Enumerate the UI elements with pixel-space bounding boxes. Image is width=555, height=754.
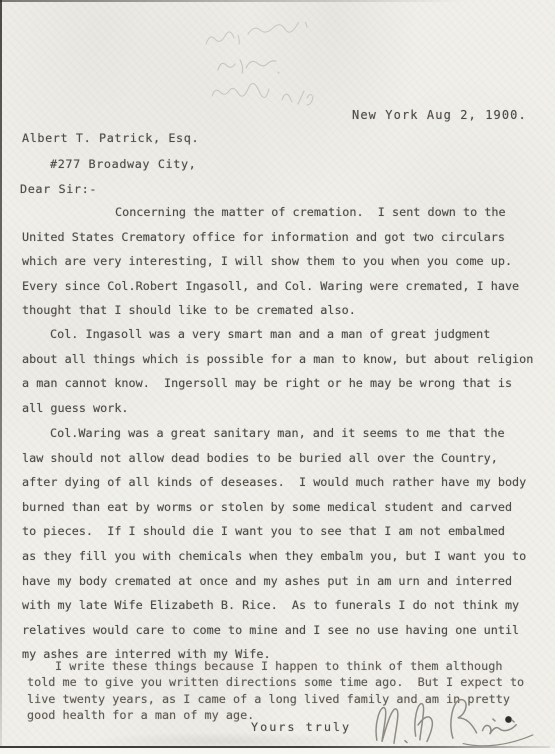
letter-text-line: law should not allow dead bodies to be b…	[22, 446, 526, 471]
letter-text-line: Every since Col.Robert Ingasoll, and Col…	[22, 274, 519, 299]
letter-text-line: with my late Wife Elizabeth B. Rice. As …	[22, 593, 526, 618]
letter-text-line: United States Crematory office for infor…	[22, 225, 519, 250]
letter-text-line: as they fill you with chemicals when the…	[22, 544, 526, 569]
paragraph-cremation-circulars: Concerning the matter of cremation. I se…	[22, 200, 519, 323]
paragraph-ingersoll: Col. Ingasoll was a very smart man and a…	[22, 322, 533, 420]
paragraph-waring-burial: Col.Waring was a great sanitary man, and…	[22, 421, 526, 667]
letter-text-line: which are very interesting, I will show …	[22, 249, 519, 274]
recipient-line: Albert T. Patrick, Esq.	[22, 131, 199, 145]
pencil-note-handwriting	[170, 22, 370, 114]
scan-edge-left	[0, 0, 2, 746]
salutation: Dear Sir:-	[20, 182, 97, 196]
scan-edge-top	[0, 0, 465, 2]
letter-text-line: have my body cremated at once and my ash…	[22, 569, 526, 594]
letter-date: New York Aug 2, 1900.	[352, 108, 527, 122]
scanned-letter-page: { "colors": { "paper": "#f0efea", "typew…	[0, 0, 555, 754]
letter-text-line: a man cannot know. Ingersoll may be righ…	[22, 371, 533, 396]
letter-text-line: to pieces. If I should die I want you to…	[22, 519, 526, 544]
letter-text-line: told me to give you written directions s…	[27, 674, 524, 690]
letter-text-line: all guess work.	[22, 396, 533, 421]
smudge-mark	[85, 732, 375, 748]
letter-text-line: Concerning the matter of cremation. I se…	[22, 200, 519, 225]
letter-text-line: burned than eat by worms or stolen by so…	[22, 495, 526, 520]
letter-text-line: after dying of all kinds of deseases. I …	[22, 470, 526, 495]
letter-text-line: Col.Waring was a great sanitary man, and…	[22, 421, 526, 446]
address-line: #277 Broadway City,	[50, 157, 196, 171]
letter-text-line: thought that I should like to be cremate…	[22, 298, 519, 323]
signature-handwriting	[364, 685, 545, 754]
closing-yours-truly: Yours truly	[251, 720, 351, 734]
letter-text-line: I write these things because I happen to…	[27, 658, 524, 674]
letter-text-line: Col. Ingasoll was a very smart man and a…	[22, 322, 533, 347]
letter-text-line: about all things which is possible for a…	[22, 347, 533, 372]
letter-text-line: relatives would care to come to mine and…	[22, 618, 526, 643]
